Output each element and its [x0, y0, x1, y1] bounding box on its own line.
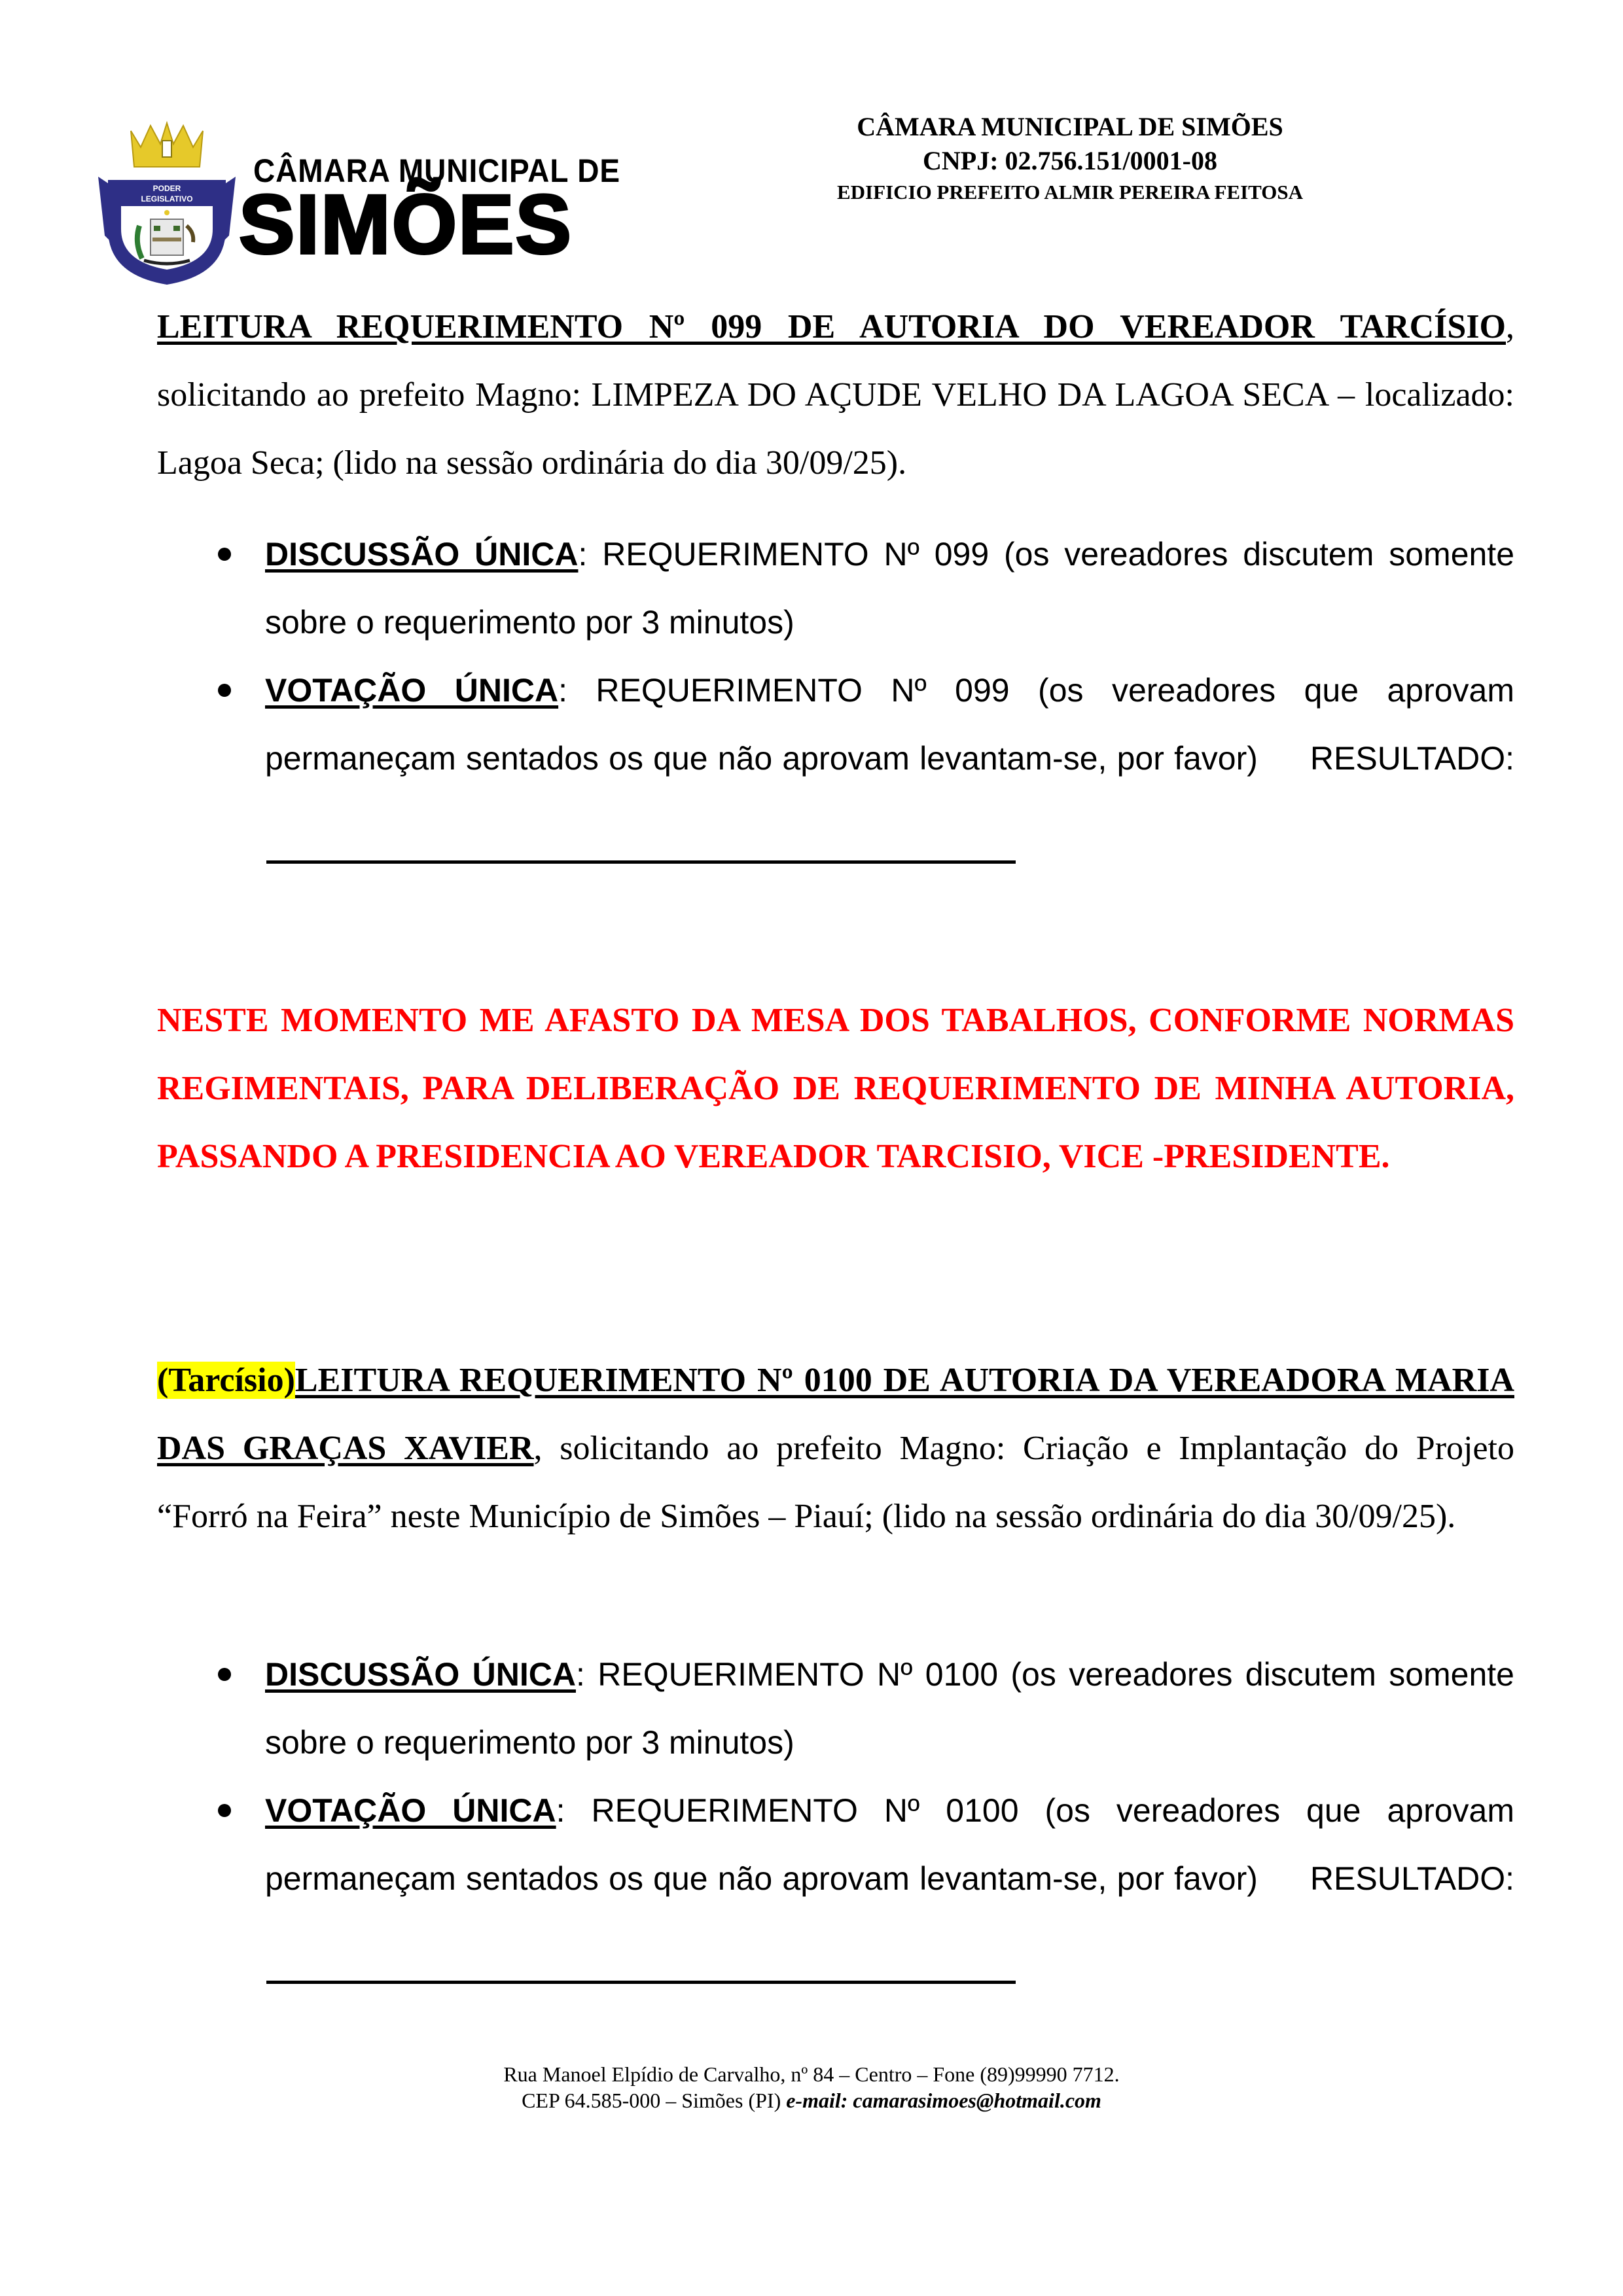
result-label: RESULTADO:	[1310, 1860, 1514, 1897]
item-label: VOTAÇÃO ÚNICA	[265, 1792, 556, 1829]
result-blank-line	[266, 792, 1016, 864]
item-label: DISCUSSÃO ÚNICA	[265, 536, 578, 573]
section1-paragraph: LEITURA REQUERIMENTO Nº 099 DE AUTORIA D…	[157, 293, 1514, 497]
svg-text:PODER: PODER	[153, 184, 181, 193]
municipal-crest-icon: PODER LEGISLATIVO	[88, 118, 245, 288]
org-header: CÂMARA MUNICIPAL DE SIMÕES CNPJ: 02.756.…	[759, 110, 1381, 207]
list-item-voting: VOTAÇÃO ÚNICA: REQUERIMENTO Nº 099 (os v…	[157, 656, 1514, 864]
section1-heading: LEITURA REQUERIMENTO Nº 099 DE AUTORIA D…	[157, 308, 1506, 345]
section-requerimento-099: LEITURA REQUERIMENTO Nº 099 DE AUTORIA D…	[157, 293, 1514, 497]
item-label: DISCUSSÃO ÚNICA	[265, 1656, 576, 1693]
bullet-icon	[218, 1668, 231, 1681]
org-cnpj: CNPJ: 02.756.151/0001-08	[759, 144, 1381, 178]
org-name: CÂMARA MUNICIPAL DE SIMÕES	[759, 110, 1381, 144]
bullet-icon	[218, 684, 231, 697]
section2-voting-list: DISCUSSÃO ÚNICA: REQUERIMENTO Nº 0100 (o…	[157, 1640, 1514, 1984]
list-item-voting: VOTAÇÃO ÚNICA: REQUERIMENTO Nº 0100 (os …	[157, 1776, 1514, 1984]
list-item-discussion: DISCUSSÃO ÚNICA: REQUERIMENTO Nº 0100 (o…	[157, 1640, 1514, 1776]
page-footer: Rua Manoel Elpídio de Carvalho, nº 84 – …	[0, 2061, 1623, 2113]
footer-address: Rua Manoel Elpídio de Carvalho, nº 84 – …	[0, 2061, 1623, 2087]
footer-cep: CEP 64.585-000 – Simões (PI)	[522, 2089, 786, 2112]
item-label: VOTAÇÃO ÚNICA	[265, 672, 558, 709]
result-label: RESULTADO:	[1310, 740, 1514, 777]
logo-text-city: SIMÕES	[239, 183, 573, 267]
svg-text:LEGISLATIVO: LEGISLATIVO	[141, 194, 192, 203]
org-building: EDIFICIO PREFEITO ALMIR PEREIRA FEITOSA	[759, 178, 1381, 207]
speaker-highlight: (Tarcísio)	[157, 1362, 295, 1399]
section-requerimento-0100: (Tarcísio)LEITURA REQUERIMENTO Nº 0100 D…	[157, 1347, 1514, 1551]
section2-paragraph: (Tarcísio)LEITURA REQUERIMENTO Nº 0100 D…	[157, 1347, 1514, 1551]
result-blank-line	[266, 1913, 1016, 1984]
bullet-icon	[218, 1804, 231, 1817]
list-item-discussion: DISCUSSÃO ÚNICA: REQUERIMENTO Nº 099 (os…	[157, 520, 1514, 656]
presidency-notice: NESTE MOMENTO ME AFASTO DA MESA DOS TABA…	[157, 987, 1514, 1191]
footer-email: e-mail: camarasimoes@hotmail.com	[786, 2089, 1101, 2112]
chamber-logo: PODER LEGISLATIVO CÂMARA MUNICIPAL DE SI…	[82, 118, 586, 288]
section1-voting-list: DISCUSSÃO ÚNICA: REQUERIMENTO Nº 099 (os…	[157, 520, 1514, 864]
footer-contact: CEP 64.585-000 – Simões (PI) e-mail: cam…	[0, 2087, 1623, 2113]
bullet-icon	[218, 548, 231, 561]
notice-text: NESTE MOMENTO ME AFASTO DA MESA DOS TABA…	[157, 987, 1514, 1191]
